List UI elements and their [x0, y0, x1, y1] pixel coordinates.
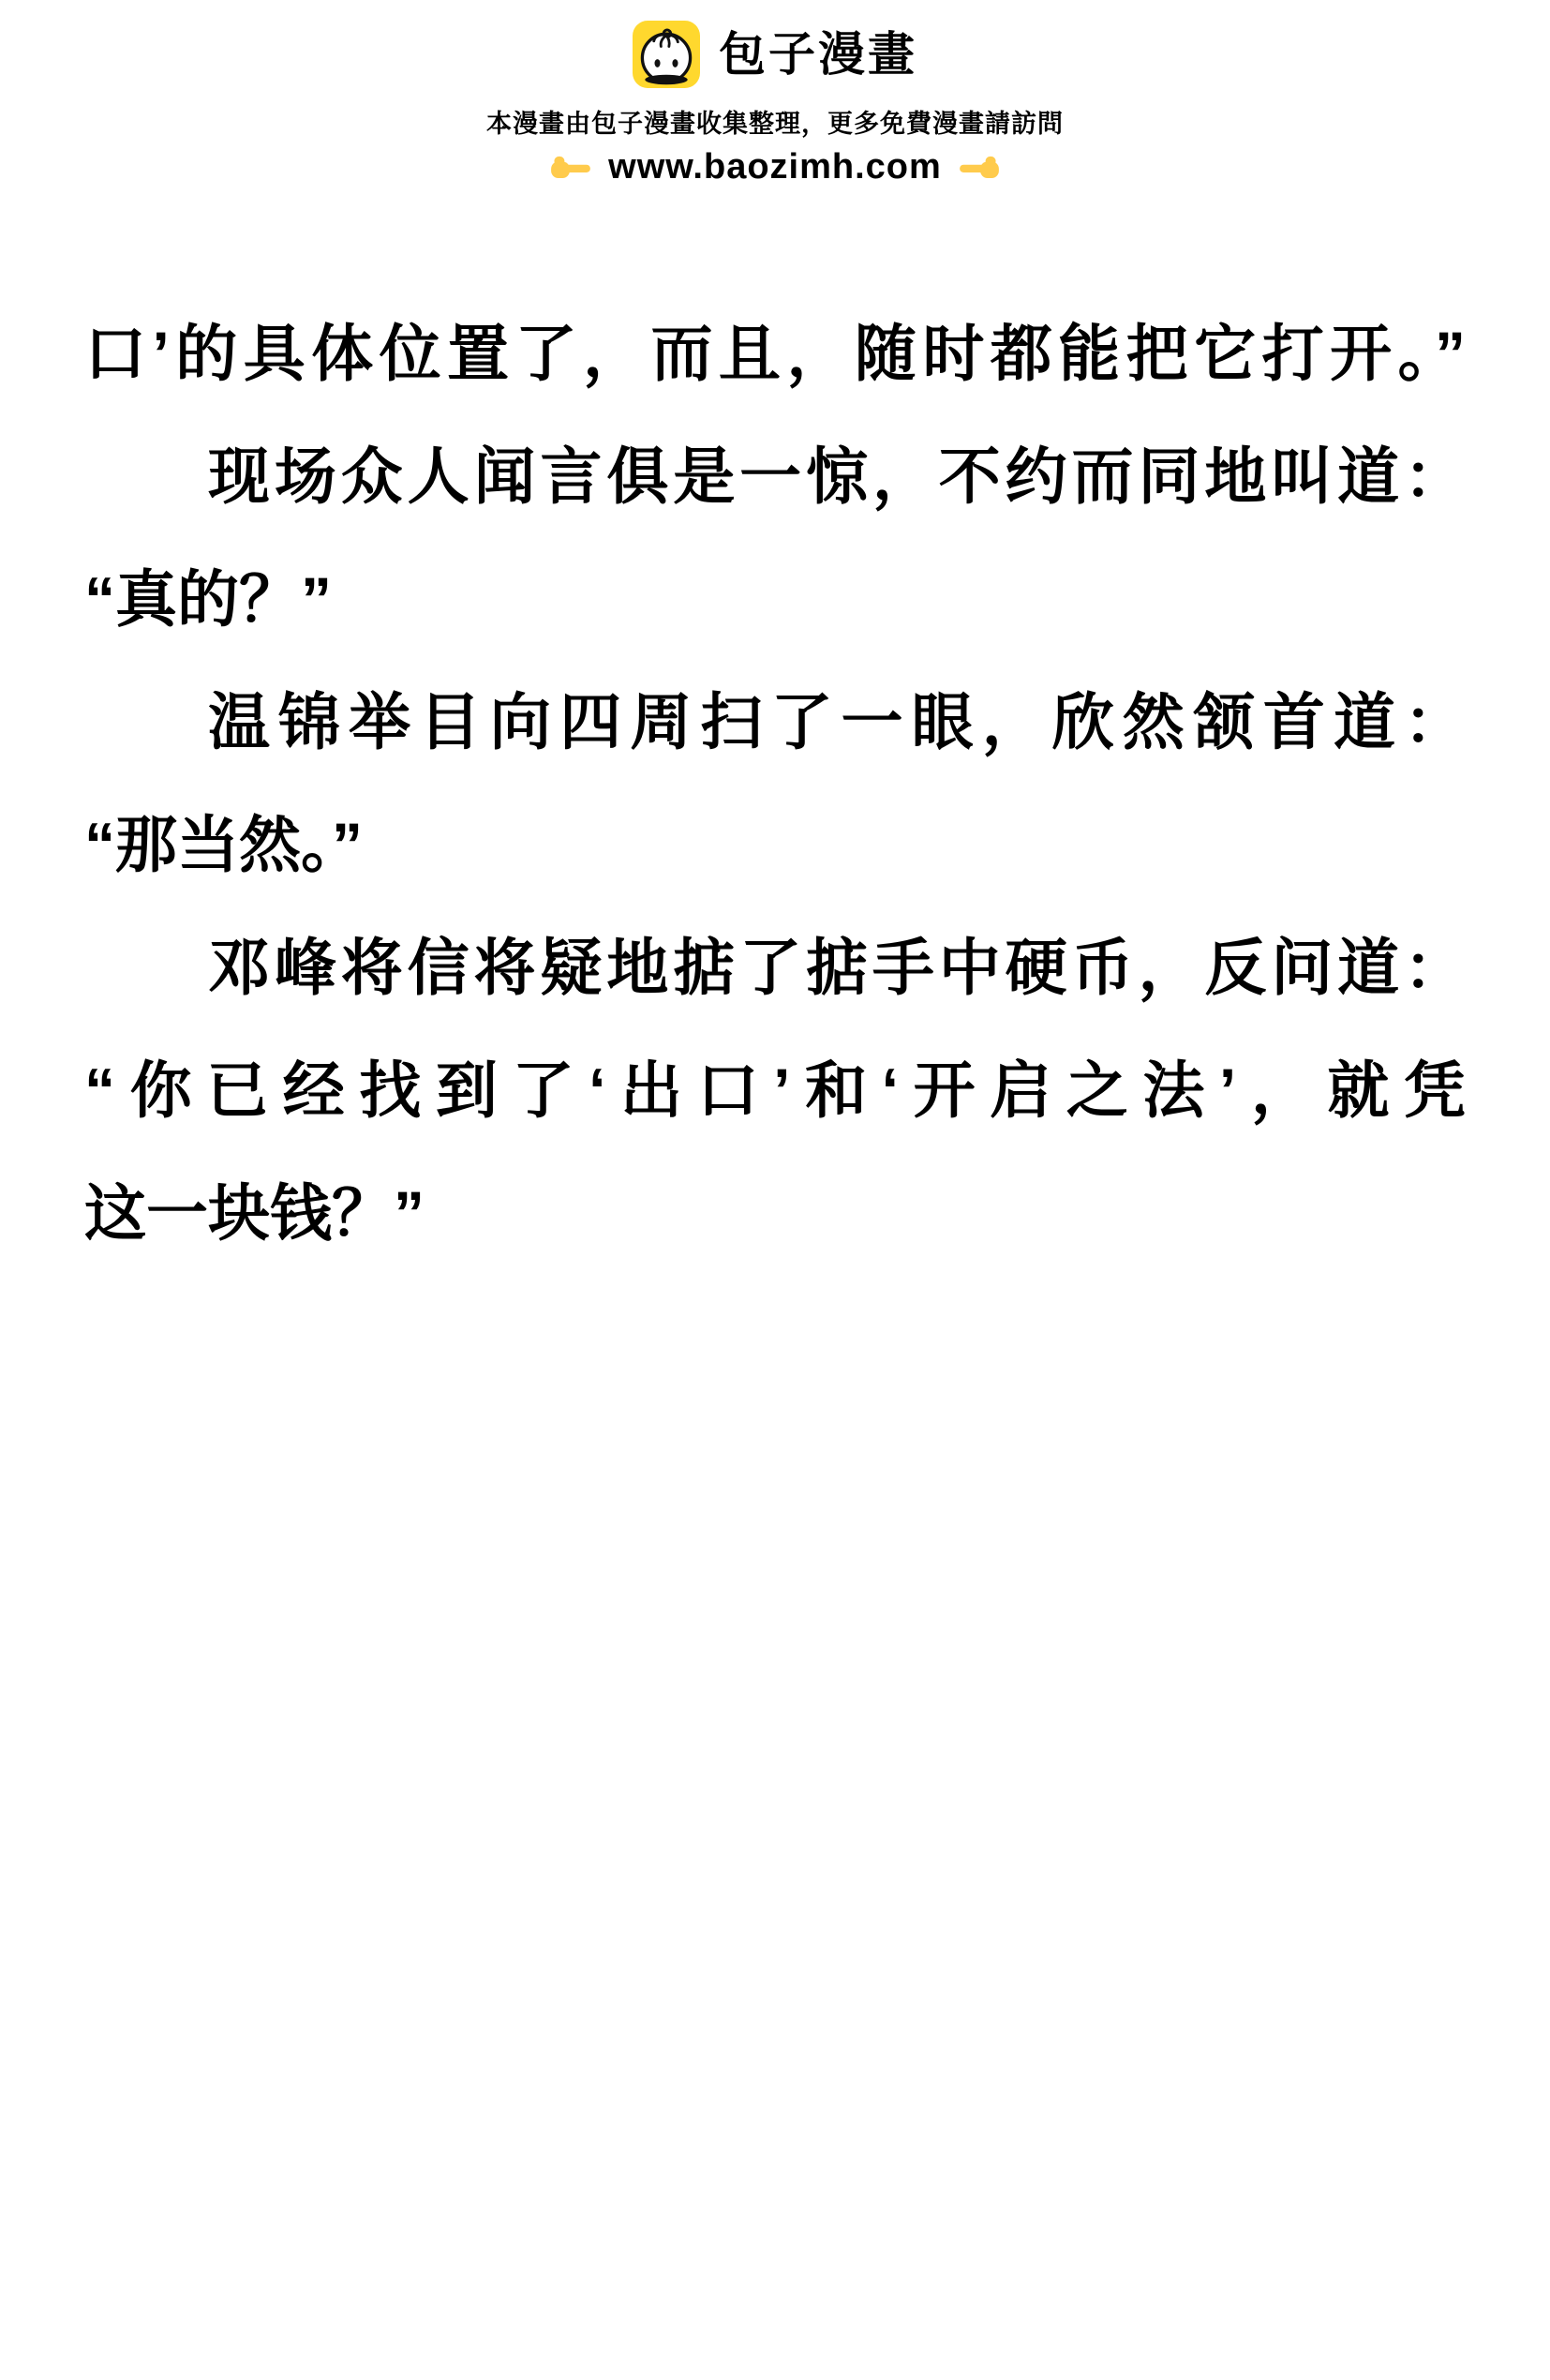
novel-page: 包子漫畫 本漫畫由包子漫畫收集整理，更多免費漫畫請訪問 www.baozimh.… [0, 0, 1550, 2380]
text-line: “你已经找到了‘出口’和‘开启之法’，就凭 [84, 1029, 1466, 1152]
text-line: 温锦举目向四周扫了一眼，欣然颔首道： [84, 661, 1466, 784]
site-url: www.baozimh.com [608, 147, 942, 187]
text-line: “那当然。” [84, 784, 1466, 906]
novel-text: 口’的具体位置了，而且，随时都能把它打开。” 现场众人闻言俱是一惊，不约而同地叫… [84, 292, 1466, 1275]
text-line: 现场众人闻言俱是一惊，不约而同地叫道： [84, 415, 1466, 538]
pointing-right-hand-icon [550, 152, 591, 184]
text-line: 口’的具体位置了，而且，随时都能把它打开。” [84, 292, 1466, 415]
site-watermark-header: 包子漫畫 本漫畫由包子漫畫收集整理，更多免費漫畫請訪問 www.baozimh.… [0, 0, 1550, 187]
url-row: www.baozimh.com [0, 147, 1550, 187]
pointing-left-hand-icon [959, 152, 1000, 184]
text-line: “真的？” [84, 538, 1466, 661]
text-line: 这一块钱？” [84, 1152, 1466, 1275]
watermark-subtitle: 本漫畫由包子漫畫收集整理，更多免費漫畫請訪問 [0, 103, 1550, 140]
brand-row: 包子漫畫 [0, 19, 1550, 90]
brand-name: 包子漫畫 [719, 31, 917, 78]
text-line: 邓峰将信将疑地掂了掂手中硬币，反问道： [84, 906, 1466, 1029]
baozi-bun-icon [633, 21, 700, 88]
